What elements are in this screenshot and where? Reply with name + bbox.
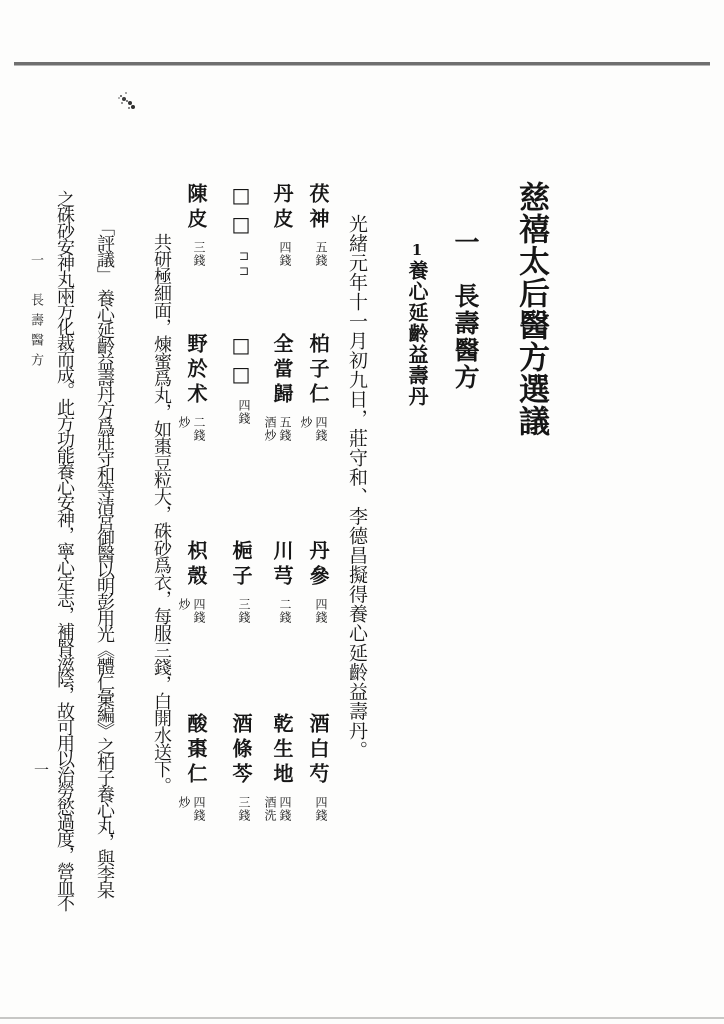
prescription-cell: □□ ⊐⊐ (207, 183, 251, 281)
ingredient-dose: 四錢炒 (176, 598, 206, 630)
intro-paragraph: 光緒元年十一月初九日，莊守和、李德昌擬得養心延齡益壽丹。 (347, 214, 366, 760)
prescription-cell: 乾生地 四錢酒洗 (248, 713, 292, 828)
scanned-page: { "book_title": "慈禧太后醫方選議", "chapter": {… (0, 0, 724, 1024)
ingredient-name: 柏子仁 (308, 333, 328, 408)
margin-running-title: 一 長壽醫方 (29, 253, 42, 373)
book-title: 慈禧太后醫方選議 (515, 181, 546, 437)
ingredient-dose: 二錢炒 (176, 416, 206, 448)
bottom-edge-line (0, 1017, 724, 1019)
ingredient-dose: 三錢 (236, 796, 251, 828)
ingredient-dose: 四錢 (313, 598, 328, 630)
ingredient-name: 酒條芩 (231, 713, 251, 788)
ingredient-name: 酒白芍 (308, 713, 328, 788)
ingredient-dose: 四錢酒洗 (262, 796, 292, 828)
ingredient-name: 酸棗仁 (186, 713, 206, 788)
ingredient-name: □□ (231, 183, 251, 241)
ingredient-dose: ⊐⊐ (236, 249, 251, 281)
ingredient-name: □□ (231, 333, 251, 391)
ingredient-dose: 五錢酒炒 (262, 416, 292, 448)
ingredient-name: 枳殼 (186, 540, 206, 590)
ingredient-dose: 五錢 (313, 241, 328, 273)
ingredient-name: 野於术 (186, 333, 206, 408)
recipe-number: 1 (408, 241, 426, 260)
ingredient-name: 乾生地 (272, 713, 292, 788)
prescription-cell: □□ 四錢 (207, 333, 251, 431)
ingredient-name: 丹參 (308, 540, 328, 590)
ingredient-dose: 四錢 (236, 399, 251, 431)
prescription-cell: 梔子 三錢 (207, 540, 251, 630)
ingredient-dose: 四錢 (313, 796, 328, 828)
recipe-name: 養心延齡益壽丹 (405, 260, 429, 407)
prescription-cell: 酒條芩 三錢 (207, 713, 251, 828)
commentary-line-2: 之硃砂安神丸兩方化裁而成。此方功能養心安神，寧心定志，補腎滋陰，故可用以治勞慾過… (55, 190, 73, 910)
ink-speck (120, 95, 122, 97)
ingredient-dose: 二錢 (277, 598, 292, 630)
prescription-cell: 丹皮 四錢 (248, 183, 292, 273)
commentary-line-1: 「評議」 養心延齡益壽丹方爲莊守和等清宮御醫以明彭用光《體仁彙編》之柏子養心丸，… (95, 218, 113, 897)
ingredient-name: 川芎 (272, 540, 292, 590)
chapter-heading: 一 長壽醫方 (453, 229, 478, 391)
ingredient-dose: 三錢 (236, 598, 251, 630)
preparation-instructions: 共研極細面，煉蜜爲丸，如棗豆粒大，硃砂爲衣，每服三錢，白開水送下。 (152, 233, 170, 794)
prescription-cell: 川芎 二錢 (248, 540, 292, 630)
ingredient-name: 梔子 (231, 540, 251, 590)
recipe-heading: 1養心延齡益壽丹 (407, 241, 427, 407)
ingredient-dose: 四錢炒 (298, 416, 328, 448)
ingredient-name: 陳皮 (186, 183, 206, 233)
ingredient-name: 全當歸 (272, 333, 292, 408)
ingredient-name: 茯神 (308, 183, 328, 233)
ingredient-dose: 三錢 (191, 241, 206, 273)
page-number: 一 (33, 762, 48, 777)
ingredient-name: 丹皮 (272, 183, 292, 233)
prescription-cell: 全當歸 五錢酒炒 (248, 333, 292, 448)
ingredient-dose: 四錢炒 (176, 796, 206, 828)
top-rule (14, 62, 710, 66)
ingredient-dose: 四錢 (277, 241, 292, 273)
